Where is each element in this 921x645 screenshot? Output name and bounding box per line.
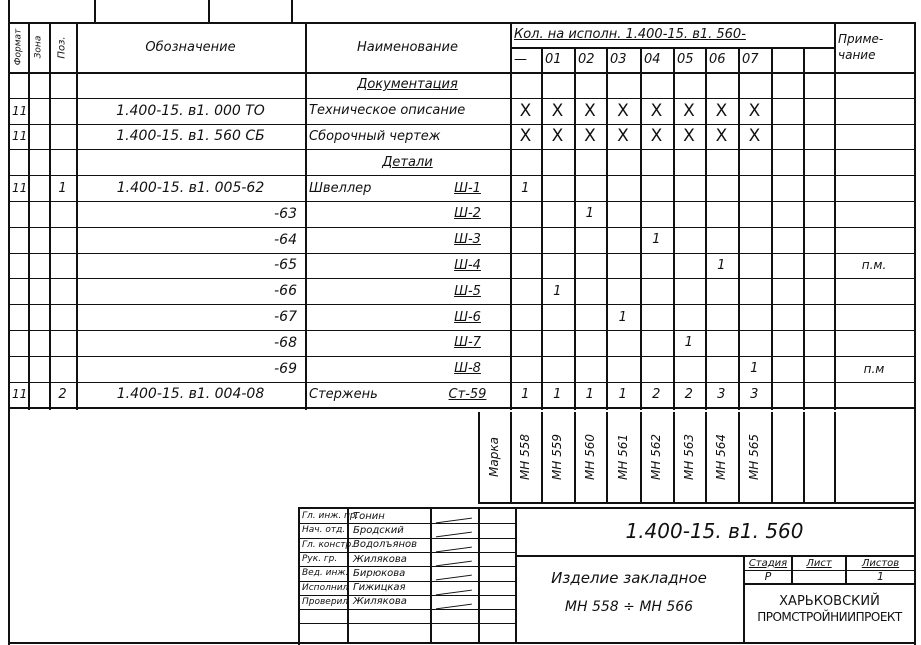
row-name — [305, 304, 425, 330]
marks-label-text: Марка — [487, 437, 501, 477]
qty-cell: 1 — [574, 201, 606, 227]
qty-cell — [640, 149, 673, 175]
qty-cell — [640, 201, 673, 227]
qty-cell — [771, 356, 803, 382]
row-designation: -69 — [76, 356, 305, 382]
qty-cell: X — [574, 98, 606, 124]
signature-name: Жилякова — [349, 552, 430, 566]
qty-cell: 2 — [673, 382, 705, 408]
qty-cell — [738, 227, 771, 253]
variant-header-8 — [771, 47, 803, 72]
row-designation: 1.400-15. в1. 004-08 — [76, 382, 305, 408]
mark-value-4: МН 562 — [640, 412, 673, 502]
qty-cell — [606, 356, 640, 382]
variant-header-2: 02 — [574, 47, 606, 72]
row-note — [834, 304, 914, 330]
grid-line — [430, 507, 432, 642]
qty-cell — [606, 330, 640, 356]
grid-line — [8, 0, 10, 22]
row-note — [834, 124, 914, 150]
qty-cell — [640, 278, 673, 304]
row-position — [49, 304, 76, 330]
qty-cell — [541, 201, 574, 227]
row-mark: Ш-2 — [425, 201, 510, 227]
qty-cell — [771, 382, 803, 408]
sheet-label: Лист — [793, 556, 845, 570]
qty-cell — [705, 356, 738, 382]
qty-cell — [574, 227, 606, 253]
mark-value-0: МН 558 — [510, 412, 541, 502]
row-format — [8, 356, 28, 382]
signature-mark — [436, 525, 474, 538]
variant-header-0: — — [510, 47, 541, 72]
qty-cell: 1 — [574, 382, 606, 408]
qty-cell — [738, 253, 771, 279]
header-format: Формат — [8, 22, 28, 72]
row-position — [49, 201, 76, 227]
qty-cell — [673, 175, 705, 201]
qty-cell — [510, 72, 541, 98]
qty-cell: X — [606, 98, 640, 124]
section-title-details: Детали — [305, 149, 510, 175]
signature-name: Тонин — [349, 509, 430, 523]
signature-name: Водолъянов — [349, 538, 430, 552]
mark-value-3-text: МН 561 — [616, 434, 630, 480]
row-name — [305, 356, 425, 382]
qty-cell — [510, 149, 541, 175]
row-note — [834, 98, 914, 124]
row-note — [834, 201, 914, 227]
qty-cell: 1 — [640, 227, 673, 253]
grid-line — [834, 412, 836, 502]
mark-value-6: МН 564 — [705, 412, 738, 502]
row-name: Стержень — [305, 382, 425, 408]
row-name — [305, 278, 425, 304]
qty-cell: X — [640, 98, 673, 124]
qty-cell — [541, 253, 574, 279]
qty-cell — [705, 175, 738, 201]
header-name: Наименование — [305, 22, 510, 72]
grid-line — [28, 22, 30, 410]
qty-cell — [510, 227, 541, 253]
qty-cell — [771, 149, 803, 175]
row-mark: Ш-6 — [425, 304, 510, 330]
qty-cell: X — [673, 124, 705, 150]
qty-cell — [606, 201, 640, 227]
qty-cell: X — [738, 124, 771, 150]
header-qty: Кол. на исполн. 1.400-15. в1. 560- — [510, 22, 834, 47]
qty-cell — [771, 175, 803, 201]
qty-cell — [673, 227, 705, 253]
row-position — [49, 72, 76, 98]
qty-cell: X — [541, 124, 574, 150]
qty-cell — [705, 72, 738, 98]
qty-cell — [771, 201, 803, 227]
row-note: п.м — [834, 356, 914, 382]
qty-cell — [510, 278, 541, 304]
header-pos: Поз. — [49, 22, 76, 72]
qty-cell — [606, 227, 640, 253]
signature-role: Вед. инж. — [298, 566, 347, 580]
qty-cell — [640, 330, 673, 356]
row-designation: -65 — [76, 253, 305, 279]
qty-cell — [705, 201, 738, 227]
grid-line — [291, 0, 293, 22]
qty-cell — [803, 227, 834, 253]
qty-cell — [673, 253, 705, 279]
qty-cell — [541, 149, 574, 175]
variant-header-7: 07 — [738, 47, 771, 72]
row-designation: -66 — [76, 278, 305, 304]
qty-cell — [771, 253, 803, 279]
qty-cell — [574, 304, 606, 330]
mark-value-8 — [771, 412, 803, 502]
row-note — [834, 175, 914, 201]
qty-cell — [803, 98, 834, 124]
signature-mark — [436, 596, 474, 609]
mark-value-0-text: МН 558 — [519, 434, 533, 480]
row-note — [834, 330, 914, 356]
grid-line — [94, 0, 96, 22]
row-designation: 1.400-15. в1. 000 ТО — [76, 98, 305, 124]
mark-value-5: МН 563 — [673, 412, 705, 502]
sheet-bottom — [8, 642, 914, 644]
qty-cell: 3 — [705, 382, 738, 408]
qty-cell: 1 — [510, 382, 541, 408]
qty-cell: 3 — [738, 382, 771, 408]
qty-cell — [673, 304, 705, 330]
qty-cell: 1 — [705, 253, 738, 279]
qty-cell — [640, 304, 673, 330]
row-note — [834, 72, 914, 98]
qty-cell — [803, 124, 834, 150]
row-format — [8, 253, 28, 279]
row-mark: Ст-59 — [425, 382, 510, 408]
qty-cell — [510, 201, 541, 227]
signature-name: Гижицкая — [349, 581, 430, 595]
header-pos-text: Поз. — [57, 36, 68, 58]
qty-cell — [771, 330, 803, 356]
qty-cell: 1 — [673, 330, 705, 356]
mark-value-5-text: МН 563 — [682, 434, 696, 480]
qty-cell — [803, 201, 834, 227]
stage-value: Р — [745, 570, 791, 583]
signature-role: Гл. инж. пр. — [298, 509, 347, 523]
qty-cell — [738, 304, 771, 330]
qty-cell — [574, 253, 606, 279]
qty-cell — [705, 227, 738, 253]
qty-cell — [606, 278, 640, 304]
stage-label: Стадия — [745, 556, 791, 570]
qty-cell — [574, 356, 606, 382]
row-format — [8, 149, 28, 175]
row-position — [49, 124, 76, 150]
qty-cell: 1 — [541, 278, 574, 304]
qty-cell — [771, 304, 803, 330]
qty-cell — [510, 356, 541, 382]
row-designation: -67 — [76, 304, 305, 330]
header-format-text: Формат — [13, 29, 23, 66]
qty-cell — [803, 175, 834, 201]
qty-cell — [510, 304, 541, 330]
mark-value-1: МН 559 — [541, 412, 574, 502]
signature-mark — [436, 539, 474, 552]
sheet-value — [793, 570, 845, 583]
row-note — [834, 149, 914, 175]
qty-cell — [541, 356, 574, 382]
qty-cell: 1 — [738, 356, 771, 382]
qty-cell: X — [606, 124, 640, 150]
row-position — [49, 253, 76, 279]
row-name — [305, 201, 425, 227]
qty-cell — [574, 175, 606, 201]
row-name — [305, 227, 425, 253]
row-mark: Ш-3 — [425, 227, 510, 253]
row-position: 1 — [49, 175, 76, 201]
variant-header-9 — [803, 47, 834, 72]
qty-cell — [705, 149, 738, 175]
variant-header-1: 01 — [541, 47, 574, 72]
qty-cell — [771, 278, 803, 304]
variant-header-6: 06 — [705, 47, 738, 72]
row-designation: -63 — [76, 201, 305, 227]
qty-cell — [771, 124, 803, 150]
grid-line — [208, 0, 210, 22]
qty-cell — [541, 72, 574, 98]
row-note — [834, 382, 914, 408]
row-format — [8, 227, 28, 253]
row-designation: 1.400-15. в1. 560 СБ — [76, 124, 305, 150]
signature-mark — [436, 568, 474, 581]
header-note: Приме- чание — [834, 22, 914, 72]
header-zone: Зона — [28, 22, 49, 72]
mark-value-1-text: МН 559 — [551, 434, 565, 480]
row-name: Швеллер — [305, 175, 425, 201]
qty-cell: X — [738, 98, 771, 124]
qty-cell: 1 — [606, 382, 640, 408]
signature-mark — [436, 554, 474, 567]
qty-cell — [640, 175, 673, 201]
row-format — [8, 278, 28, 304]
qty-cell — [803, 72, 834, 98]
qty-cell — [738, 201, 771, 227]
variant-header-4: 04 — [640, 47, 673, 72]
qty-cell — [738, 330, 771, 356]
qty-cell — [574, 330, 606, 356]
qty-cell — [738, 72, 771, 98]
row-format: 11 — [8, 175, 28, 201]
row-position — [49, 227, 76, 253]
qty-cell — [771, 72, 803, 98]
grid-line — [478, 507, 480, 642]
sheets-label: Листов — [847, 556, 914, 570]
signature-role: Нач. отд. — [298, 523, 347, 537]
row-format: 11 — [8, 124, 28, 150]
variant-header-5: 05 — [673, 47, 705, 72]
row-format — [8, 304, 28, 330]
row-designation: -64 — [76, 227, 305, 253]
mark-value-2: МН 560 — [574, 412, 606, 502]
grid-line — [745, 583, 914, 585]
row-note — [834, 227, 914, 253]
row-note: п.м. — [834, 253, 914, 279]
qty-cell — [640, 253, 673, 279]
row-name — [305, 253, 425, 279]
mark-value-3: МН 561 — [606, 412, 640, 502]
qty-cell — [640, 356, 673, 382]
qty-cell — [606, 253, 640, 279]
header-designation: Обозначение — [76, 22, 305, 72]
row-mark: Ш-7 — [425, 330, 510, 356]
qty-cell — [673, 356, 705, 382]
row-format — [8, 201, 28, 227]
qty-cell: 1 — [510, 175, 541, 201]
section-title-documentation: Документация — [305, 72, 510, 98]
signature-role: Гл. констр. — [298, 538, 347, 552]
qty-cell — [705, 278, 738, 304]
organization-line2: ПРОМСТРОЙНИИПРОЕКТ — [745, 608, 914, 626]
stamp-row-line — [298, 623, 515, 624]
qty-cell: X — [510, 124, 541, 150]
signature-name: Бродский — [349, 523, 430, 537]
signature-name: Жилякова — [349, 595, 430, 609]
qty-cell — [640, 72, 673, 98]
qty-cell — [673, 201, 705, 227]
qty-cell: 2 — [640, 382, 673, 408]
qty-cell: 1 — [541, 382, 574, 408]
qty-cell — [803, 356, 834, 382]
right-border — [914, 22, 916, 645]
row-name: Техническое описание — [305, 98, 425, 124]
qty-cell: X — [640, 124, 673, 150]
document-title-line2: МН 558 ÷ МН 566 — [515, 592, 743, 622]
signature-name: Бирюкова — [349, 566, 430, 580]
qty-cell — [705, 304, 738, 330]
mark-value-2-text: МН 560 — [583, 434, 597, 480]
qty-cell — [803, 330, 834, 356]
qty-cell — [771, 227, 803, 253]
row-note — [834, 278, 914, 304]
qty-cell — [606, 149, 640, 175]
qty-cell — [510, 330, 541, 356]
qty-cell — [803, 149, 834, 175]
qty-cell — [803, 304, 834, 330]
mark-value-9 — [803, 412, 834, 502]
qty-cell — [541, 227, 574, 253]
row-position — [49, 356, 76, 382]
document-title-line1: Изделие закладное — [515, 560, 743, 596]
qty-cell — [574, 72, 606, 98]
marks-label: Марка — [478, 412, 510, 502]
row-name — [305, 330, 425, 356]
mark-value-6-text: МН 564 — [715, 434, 729, 480]
qty-cell — [803, 253, 834, 279]
row-position — [49, 98, 76, 124]
row-name: Сборочный чертеж — [305, 124, 425, 150]
signature-mark — [436, 582, 474, 595]
qty-cell: X — [673, 98, 705, 124]
sheets-value: 1 — [847, 570, 914, 583]
qty-cell — [738, 149, 771, 175]
row-position: 2 — [49, 382, 76, 408]
mark-value-4-text: МН 562 — [650, 434, 664, 480]
qty-cell: X — [541, 98, 574, 124]
document-code: 1.400-15. в1. 560 — [515, 507, 914, 555]
qty-cell — [673, 278, 705, 304]
qty-cell — [510, 253, 541, 279]
row-mark — [425, 124, 510, 150]
row-position — [49, 330, 76, 356]
qty-cell — [803, 382, 834, 408]
row-format: 11 — [8, 382, 28, 408]
marks-bottom — [478, 502, 914, 504]
row-designation: 1.400-15. в1. 005-62 — [76, 175, 305, 201]
qty-cell — [673, 149, 705, 175]
variant-header-3: 03 — [606, 47, 640, 72]
qty-cell — [541, 304, 574, 330]
mark-value-7-text: МН 565 — [748, 434, 762, 480]
qty-cell — [574, 149, 606, 175]
qty-cell — [541, 330, 574, 356]
qty-cell — [606, 72, 640, 98]
signature-role: Рук. гр. — [298, 552, 347, 566]
qty-cell: X — [705, 98, 738, 124]
qty-cell — [541, 175, 574, 201]
qty-cell — [574, 278, 606, 304]
qty-cell: X — [705, 124, 738, 150]
row-mark: Ш-5 — [425, 278, 510, 304]
row-mark: Ш-8 — [425, 356, 510, 382]
qty-cell — [606, 175, 640, 201]
row-format: 11 — [8, 98, 28, 124]
row-designation: -68 — [76, 330, 305, 356]
signature-mark — [436, 511, 474, 524]
row-position — [49, 278, 76, 304]
qty-cell — [705, 330, 738, 356]
mark-value-7: МН 565 — [738, 412, 771, 502]
qty-cell: 1 — [606, 304, 640, 330]
qty-cell: X — [574, 124, 606, 150]
qty-cell — [738, 278, 771, 304]
row-mark — [425, 98, 510, 124]
row-mark: Ш-1 — [425, 175, 510, 201]
row-position — [49, 149, 76, 175]
row-format — [8, 330, 28, 356]
qty-cell — [738, 175, 771, 201]
qty-cell — [803, 278, 834, 304]
qty-cell — [673, 72, 705, 98]
stamp-row-line — [298, 609, 515, 610]
row-mark: Ш-4 — [425, 253, 510, 279]
signature-role: Проверил — [298, 595, 347, 609]
row-format — [8, 72, 28, 98]
qty-cell — [771, 98, 803, 124]
qty-cell: X — [510, 98, 541, 124]
signature-role: Исполнил — [298, 581, 347, 595]
header-zone-text: Зона — [34, 36, 44, 59]
